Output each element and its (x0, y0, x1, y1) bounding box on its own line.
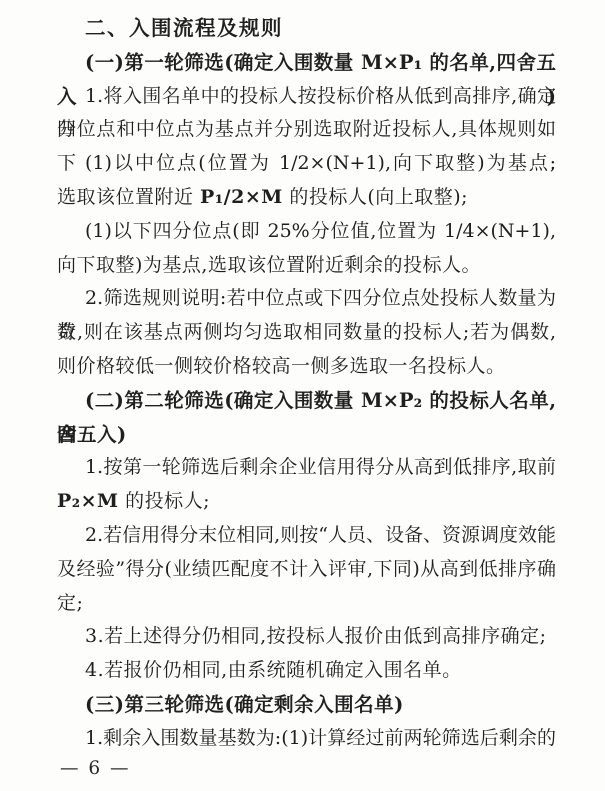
paragraph-line: 分位点和中位点为基点并分别选取附近投标人,具体规则如下: (57, 113, 556, 147)
paragraph-line: 及经验”得分(业绩匹配度不计入评审,下同)从高到低排序确 (57, 553, 556, 587)
page-number: — 6 — (60, 752, 131, 785)
paragraph-line: 1.按第一轮筛选后剩余企业信用得分从高到低排序,取前 (57, 451, 556, 485)
paragraph-line: (1)以下四分位点(即 25%分位值,位置为 1/4×(N+1), (57, 215, 556, 249)
line-text: 选取该位置附近 (57, 186, 200, 208)
line-text: 的投标人; (119, 490, 210, 512)
paragraph-line: 则价格较低一侧较价格较高一侧多选取一名投标人。 (57, 350, 556, 384)
paragraph-line: 4.若报价仍相同,由系统随机确定入围名单。 (57, 654, 556, 688)
section-heading-round2-cont: 舍五入) (57, 418, 556, 452)
paragraph-line: 数,则在该基点两侧均匀选取相同数量的投标人;若为偶数, (57, 316, 556, 350)
paragraph-line: P₂×M 的投标人; (57, 485, 556, 519)
document-page: 二、入围流程及规则 (一)第一轮筛选(确定入围数量 M×P₁ 的名单,四舍五入)… (0, 0, 605, 791)
section-heading-round3: (三)第三轮筛选(确定剩余入围名单) (57, 688, 556, 722)
paragraph-line: 2.若信用得分末位相同,则按“人员、设备、资源调度效能 (57, 519, 556, 553)
document-content: 二、入围流程及规则 (一)第一轮筛选(确定入围数量 M×P₁ 的名单,四舍五入)… (57, 12, 556, 756)
section-heading-round2: (二)第二轮筛选(确定入围数量 M×P₂ 的投标人名单,四 (57, 384, 556, 418)
paragraph-line: 1.剩余入围数量基数为:(1)计算经过前两轮筛选后剩余的 (57, 722, 556, 756)
paragraph-line: 1.将入围名单中的投标人按投标价格从低到高排序,确定四 (57, 80, 556, 114)
section-heading-round1: (一)第一轮筛选(确定入围数量 M×P₁ 的名单,四舍五入) (57, 46, 556, 80)
paragraph-line: 3.若上述得分仍相同,按投标人报价由低到高排序确定; (57, 620, 556, 654)
paragraph-line: 2.筛选规则说明:若中位点或下四分位点处投标人数量为奇 (57, 282, 556, 316)
paragraph-line: (1)以中位点(位置为 1/2×(N+1),向下取整)为基点, (57, 147, 556, 181)
paragraph-line: 选取该位置附近 P₁/2×M 的投标人(向上取整); (57, 181, 556, 215)
formula-p1-half-m: P₁/2×M (200, 186, 283, 208)
paragraph-line: 定; (57, 587, 556, 621)
section-heading-level1: 二、入围流程及规则 (57, 12, 556, 46)
line-text: 的投标人(向上取整); (283, 186, 468, 208)
paragraph-line: 向下取整)为基点,选取该位置附近剩余的投标人。 (57, 249, 556, 283)
formula-p2-m: P₂×M (57, 490, 119, 512)
